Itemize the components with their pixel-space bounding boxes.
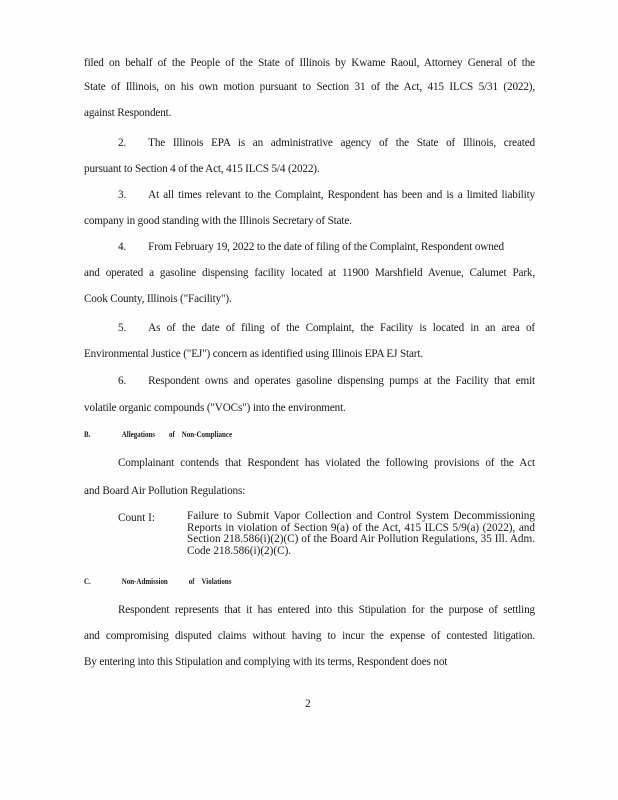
- section-b-title: Allegations of Non-Compliance: [122, 428, 232, 440]
- paragraph-2-line-2: pursuant to Section 4 of the Act, 415 IL…: [84, 162, 320, 176]
- section-c-line-1: Respondent represents that it has entere…: [118, 603, 535, 617]
- paragraph-5-line-1: 5. As of the date of filing of the Compl…: [118, 321, 535, 335]
- count-text: Failure to Submit Vapor Collection and C…: [187, 511, 535, 557]
- section-c-line-3: By entering into this Stipulation and co…: [84, 655, 447, 669]
- page-number: 2: [305, 698, 311, 710]
- paragraph-4-line-3: Cook County, Illinois ("Facility").: [84, 292, 232, 306]
- section-c-letter: C.: [84, 575, 122, 587]
- paragraph-2-line-1: 2. The Illinois EPA is an administrative…: [118, 136, 535, 150]
- intro-line-2: State of Illinois, on his own motion pur…: [84, 80, 535, 94]
- count-label: Count I:: [118, 511, 155, 525]
- paragraph-3-line-2: company in good standing with the Illino…: [84, 214, 352, 228]
- section-c-line-2: and compromising disputed claims without…: [84, 629, 535, 643]
- section-b-heading: B.Allegations of Non-Compliance: [84, 428, 232, 440]
- section-c-title: Non-Admission of Violations: [122, 575, 232, 587]
- section-b-line-2: and Board Air Pollution Regulations:: [84, 484, 245, 498]
- intro-line-1: filed on behalf of the People of the Sta…: [84, 56, 535, 70]
- paragraph-4-line-2: and operated a gasoline dispensing facil…: [84, 266, 535, 280]
- section-c-heading: C.Non-Admission of Violations: [84, 575, 231, 587]
- paragraph-3-line-1: 3. At all times relevant to the Complain…: [118, 188, 535, 202]
- paragraph-6-line-2: volatile organic compounds ("VOCs") into…: [84, 401, 346, 415]
- section-b-line-1: Complainant contends that Respondent has…: [118, 456, 535, 470]
- intro-line-3: against Respondent.: [84, 106, 171, 120]
- paragraph-4-line-1: 4. From February 19, 2022 to the date of…: [118, 240, 504, 254]
- paragraph-5-line-2: Environmental Justice ("EJ") concern as …: [84, 347, 423, 361]
- section-b-letter: B.: [84, 428, 122, 440]
- document-page: filed on behalf of the People of the Sta…: [0, 0, 618, 800]
- paragraph-6-line-1: 6. Respondent owns and operates gasoline…: [118, 374, 535, 388]
